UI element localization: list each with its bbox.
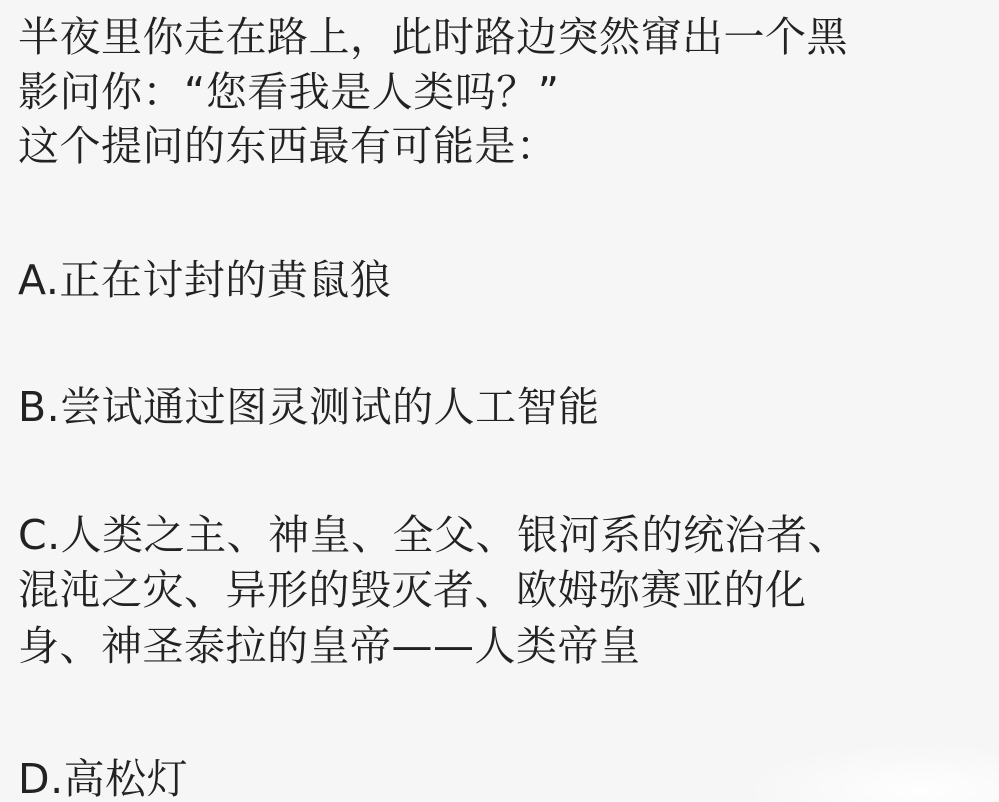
option-b: B.尝试通过图灵测试的人工智能 [18,381,600,433]
option-d: D.高松灯 [18,753,188,802]
option-c-line-2: 混沌之灾、异形的毁灭者、欧姆弥赛亚的化 [18,564,807,616]
option-c-line-1: C.人类之主、神皇、全父、银河系的统治者、 [18,509,849,561]
option-c-line-3: 身、神圣泰拉的皇帝——人类帝皇 [18,620,641,672]
question-line-2: 影问你：“您看我是人类吗？” [18,66,559,118]
question-line-1: 半夜里你走在路上，此时路边突然窜出一个黑 [18,11,848,63]
photo-glare [739,742,999,802]
option-a: A.正在讨封的黄鼠狼 [18,254,391,306]
question-prompt: 这个提问的东西最有可能是： [18,120,558,172]
